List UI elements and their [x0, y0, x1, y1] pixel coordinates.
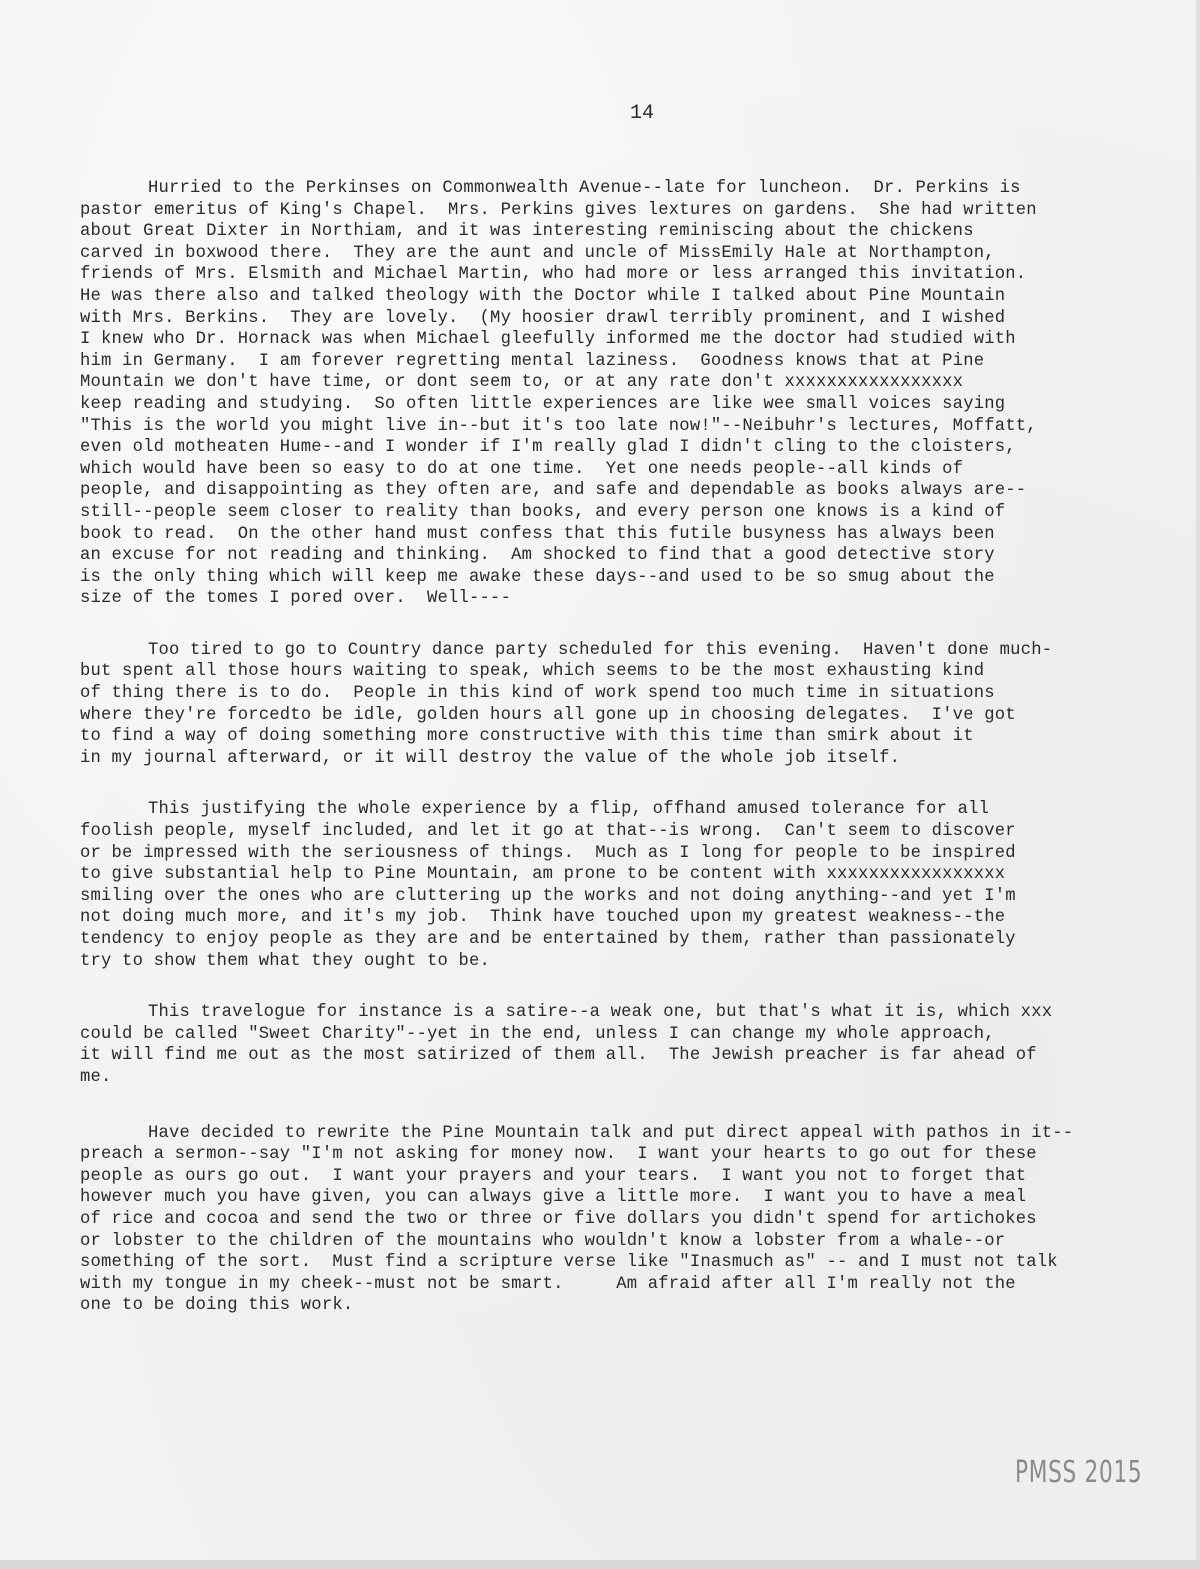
text-line: "This is the world you might live in--bu…	[80, 416, 1190, 438]
text-line: even old motheaten Hume--and I wonder if…	[80, 437, 1190, 459]
text-line: This travelogue for instance is a satire…	[80, 1002, 1190, 1024]
text-line: or lobster to the children of the mounta…	[80, 1231, 1190, 1253]
page-number: 14	[630, 102, 654, 125]
text-line: is the only thing which will keep me awa…	[80, 567, 1190, 589]
typewritten-page: 14 Hurried to the Perkinses on Commonwea…	[0, 0, 1200, 1569]
paragraph: This travelogue for instance is a satire…	[80, 1002, 1190, 1088]
text-line: people, and disappointing as they often …	[80, 480, 1190, 502]
page-edge	[1196, 0, 1200, 1569]
text-line: Have decided to rewrite the Pine Mountai…	[80, 1123, 1190, 1145]
text-line: of thing there is to do. People in this …	[80, 683, 1190, 705]
text-line: pastor emeritus of King's Chapel. Mrs. P…	[80, 200, 1190, 222]
text-line: friends of Mrs. Elsmith and Michael Mart…	[80, 264, 1190, 286]
text-line: people as ours go out. I want your praye…	[80, 1166, 1190, 1188]
paragraph: This justifying the whole experience by …	[80, 799, 1190, 972]
archive-watermark: PMSS 2015	[1015, 1455, 1142, 1490]
text-line: me.	[80, 1067, 1190, 1089]
text-line: could be called "Sweet Charity"--yet in …	[80, 1024, 1190, 1046]
text-line: size of the tomes I pored over. Well----	[80, 588, 1190, 610]
text-line: Too tired to go to Country dance party s…	[80, 640, 1190, 662]
text-line: He was there also and talked theology wi…	[80, 286, 1190, 308]
paragraph: Have decided to rewrite the Pine Mountai…	[80, 1123, 1190, 1317]
text-line: keep reading and studying. So often litt…	[80, 394, 1190, 416]
text-line: smiling over the ones who are cluttering…	[80, 886, 1190, 908]
text-line: carved in boxwood there. They are the au…	[80, 243, 1190, 265]
text-line: however much you have given, you can alw…	[80, 1187, 1190, 1209]
text-line: I knew who Dr. Hornack was when Michael …	[80, 329, 1190, 351]
text-line: foolish people, myself included, and let…	[80, 821, 1190, 843]
text-line: try to show them what they ought to be.	[80, 951, 1190, 973]
text-line: an excuse for not reading and thinking. …	[80, 545, 1190, 567]
paragraph: Hurried to the Perkinses on Commonwealth…	[80, 178, 1190, 610]
text-line: with Mrs. Berkins. They are lovely. (My …	[80, 308, 1190, 330]
text-line: still--people seem closer to reality tha…	[80, 502, 1190, 524]
text-line: tendency to enjoy people as they are and…	[80, 929, 1190, 951]
text-line: This justifying the whole experience by …	[80, 799, 1190, 821]
text-line: which would have been so easy to do at o…	[80, 459, 1190, 481]
text-line: not doing much more, and it's my job. Th…	[80, 907, 1190, 929]
text-line: of rice and cocoa and send the two or th…	[80, 1209, 1190, 1231]
text-line: book to read. On the other hand must con…	[80, 524, 1190, 546]
text-line: or be impressed with the seriousness of …	[80, 843, 1190, 865]
text-line: it will find me out as the most satirize…	[80, 1045, 1190, 1067]
text-line: with my tongue in my cheek--must not be …	[80, 1274, 1190, 1296]
text-line: preach a sermon--say "I'm not asking for…	[80, 1144, 1190, 1166]
text-line: Mountain we don't have time, or dont see…	[80, 372, 1190, 394]
text-line: but spent all those hours waiting to spe…	[80, 661, 1190, 683]
text-line: in my journal afterward, or it will dest…	[80, 748, 1190, 770]
page-bottom-edge	[0, 1560, 1200, 1569]
paragraph: Too tired to go to Country dance party s…	[80, 640, 1190, 770]
text-line: him in Germany. I am forever regretting …	[80, 351, 1190, 373]
text-line: to give substantial help to Pine Mountai…	[80, 864, 1190, 886]
text-line: Hurried to the Perkinses on Commonwealth…	[80, 178, 1190, 200]
text-line: something of the sort. Must find a scrip…	[80, 1252, 1190, 1274]
text-line: where they're forcedto be idle, golden h…	[80, 705, 1190, 727]
text-line: about Great Dixter in Northiam, and it w…	[80, 221, 1190, 243]
text-line: one to be doing this work.	[80, 1295, 1190, 1317]
text-line: to find a way of doing something more co…	[80, 726, 1190, 748]
journal-body: Hurried to the Perkinses on Commonwealth…	[80, 178, 1190, 1347]
